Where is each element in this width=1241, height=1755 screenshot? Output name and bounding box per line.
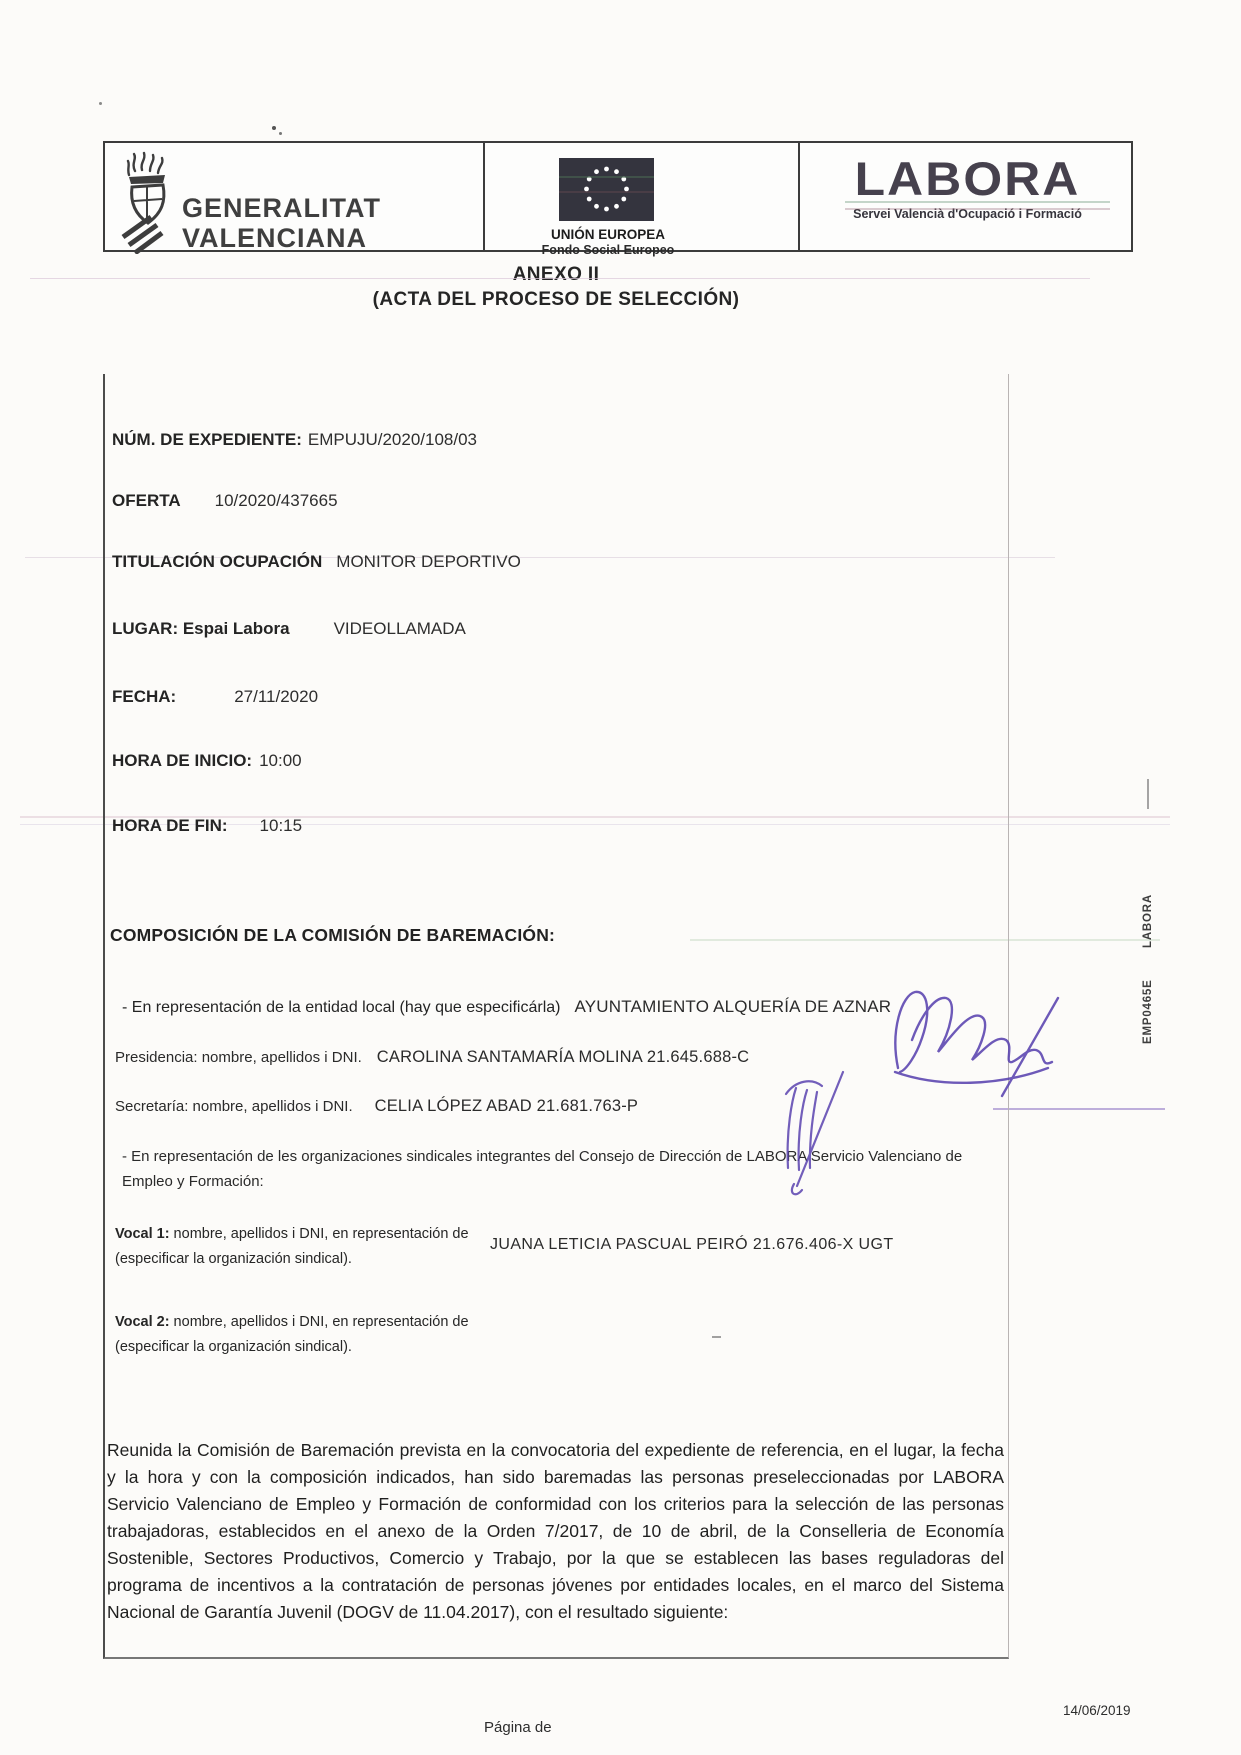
entity-label: - En representación de la entidad local … [122, 999, 560, 1016]
field-oferta: OFERTA10/2020/437665 [112, 491, 338, 511]
vocal2-bold: Vocal 2: [115, 1314, 170, 1330]
field-value: 10:00 [259, 751, 302, 770]
eu-label-line2: Fondo Social Europeo [498, 243, 718, 257]
gv-line2: VALENCIANA [182, 223, 381, 253]
field-value: 10:15 [260, 816, 303, 835]
generalitat-coat-of-arms-icon [117, 151, 179, 254]
secretaria-row: Secretaría: nombre, apellidos i DNI.CELI… [115, 1096, 638, 1116]
labora-wordmark: LABORA [790, 151, 1145, 206]
footer-date: 14/06/2019 [1063, 1703, 1131, 1718]
presidencia-row: Presidencia: nombre, apellidos i DNI.CAR… [115, 1047, 749, 1067]
field-label: LUGAR: Espai Labora [112, 619, 290, 638]
eu-label-line1: UNIÓN EUROPEA [498, 227, 718, 242]
commission-heading: COMPOSICIÓN DE LA COMISIÓN DE BAREMACIÓN… [110, 925, 555, 946]
field-label: TITULACIÓN OCUPACIÓN [112, 552, 322, 571]
field-hora-fin: HORA DE FIN:10:15 [112, 816, 302, 836]
field-value: 10/2020/437665 [215, 491, 338, 510]
field-label: NÚM. DE EXPEDIENTE: [112, 430, 302, 449]
field-label: FECHA: [112, 687, 176, 706]
field-lugar: LUGAR: Espai LaboraVIDEOLLAMADA [112, 619, 466, 639]
scan-dot [272, 126, 276, 130]
vocal1-label: Vocal 1: nombre, apellidos i DNI, en rep… [115, 1222, 475, 1272]
scan-line [993, 1108, 1165, 1110]
field-label: HORA DE FIN: [112, 816, 228, 835]
title-line2: (ACTA DEL PROCESO DE SELECCIÓN) [103, 287, 1009, 312]
presidencia-value: CAROLINA SANTAMARÍA MOLINA 21.645.688-C [377, 1048, 749, 1066]
field-num-expediente: NÚM. DE EXPEDIENTE:EMPUJU/2020/108/03 [112, 430, 477, 450]
sindical-intro: - En representación de les organizacione… [122, 1144, 1010, 1194]
margin-form-code: EMP0465E [1142, 979, 1154, 1044]
scan-mark [1147, 779, 1149, 809]
field-fecha: FECHA:27/11/2020 [112, 687, 318, 707]
header-divider [483, 143, 485, 250]
margin-labora-code: LABORA [1142, 894, 1154, 948]
eu-flag-icon [559, 158, 654, 221]
scanned-document-page: GENERALITAT VALENCIANA UNIÓN EUROPEA Fon… [0, 0, 1241, 1755]
vocal1-bold: Vocal 1: [115, 1226, 170, 1242]
field-titulacion: TITULACIÓN OCUPACIÓNMONITOR DEPORTIVO [112, 552, 521, 572]
field-value: 27/11/2020 [234, 687, 318, 706]
field-hora-inicio: HORA DE INICIO:10:00 [112, 751, 302, 771]
header-logo-band: GENERALITAT VALENCIANA UNIÓN EUROPEA Fon… [103, 141, 1133, 252]
entity-row: - En representación de la entidad local … [122, 997, 891, 1017]
field-value: EMPUJU/2020/108/03 [308, 430, 477, 449]
secretaria-label: Secretaría: nombre, apellidos i DNI. [115, 1098, 353, 1115]
title-line1: ANEXO II [103, 262, 1009, 287]
document-title: ANEXO II (ACTA DEL PROCESO DE SELECCIÓN) [103, 262, 1009, 312]
secretaria-value: CELIA LÓPEZ ABAD 21.681.763-P [375, 1097, 639, 1115]
vocal2-label: Vocal 2: nombre, apellidos i DNI, en rep… [115, 1310, 475, 1360]
gv-line1: GENERALITAT [182, 193, 381, 223]
generalitat-valenciana-wordmark: GENERALITAT VALENCIANA [182, 193, 381, 253]
scan-dot [99, 102, 102, 105]
scan-dot [279, 132, 282, 135]
field-label: HORA DE INICIO: [112, 751, 252, 770]
entity-value: AYUNTAMIENTO ALQUERÍA DE AZNAR [574, 997, 891, 1016]
scan-streak [559, 191, 654, 193]
body-paragraph: Reunida la Comisión de Baremación previs… [107, 1437, 1004, 1626]
vocal1-value: JUANA LETICIA PASCUAL PEIRÓ 21.676.406-X… [490, 1236, 894, 1254]
footer-page-label: Página de [484, 1719, 552, 1736]
field-value: VIDEOLLAMADA [334, 619, 466, 638]
scan-streak [559, 176, 654, 178]
field-label: OFERTA [112, 491, 181, 510]
field-value: MONITOR DEPORTIVO [336, 552, 521, 571]
presidencia-label: Presidencia: nombre, apellidos i DNI. [115, 1049, 362, 1066]
labora-subtitle: Servei Valencià d'Ocupació i Formació [800, 207, 1135, 221]
